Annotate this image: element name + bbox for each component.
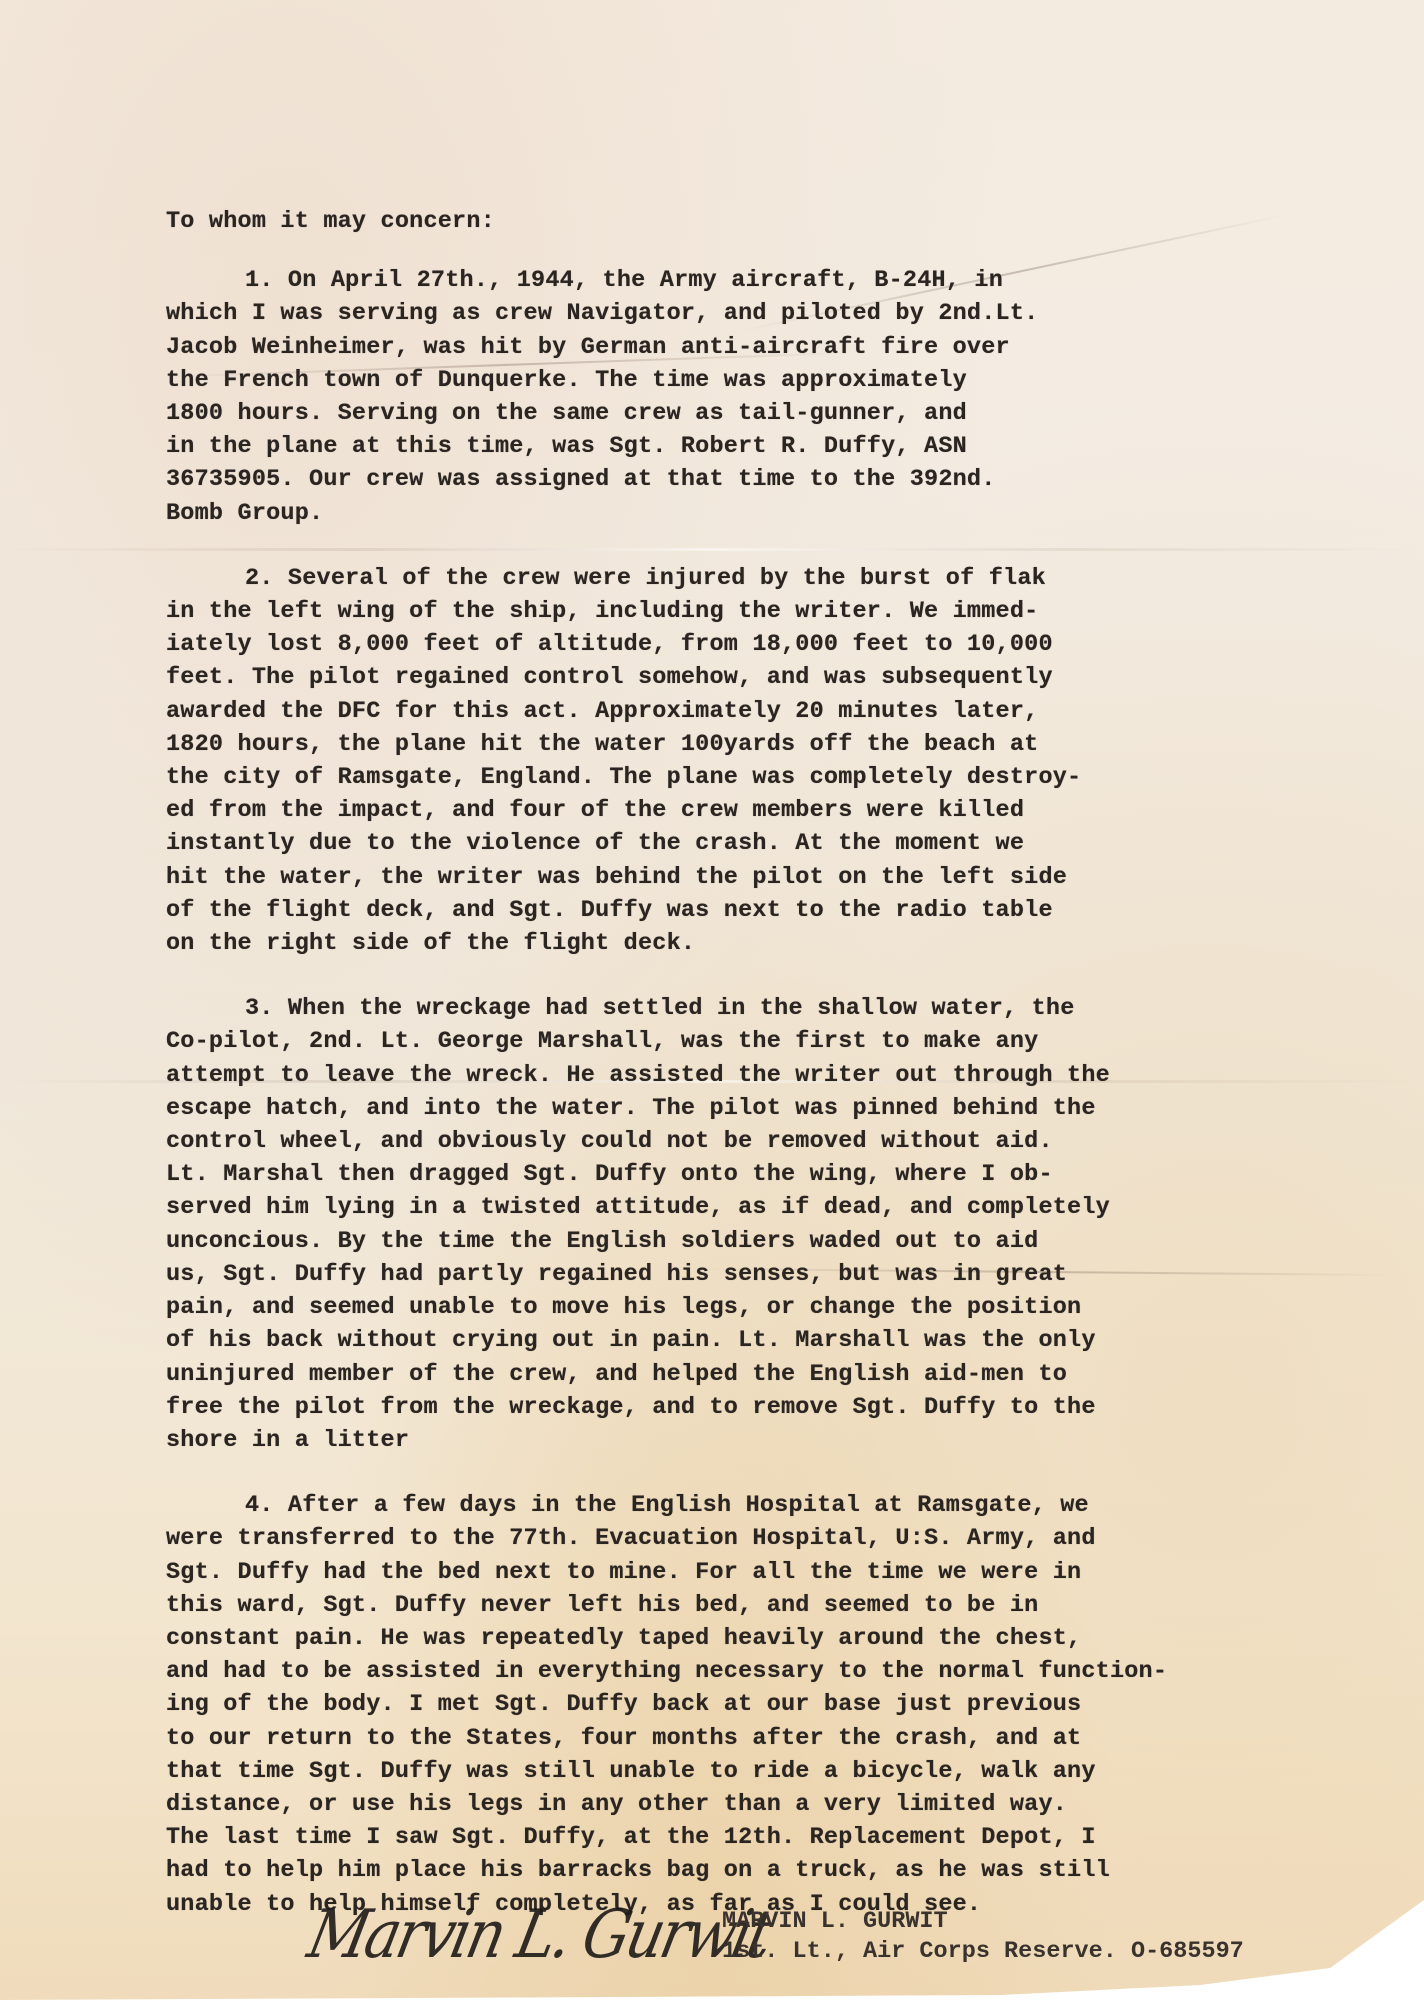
text-line: Jacob Weinheimer, was hit by German anti… <box>166 331 1306 364</box>
text-line: 1820 hours, the plane hit the water 100y… <box>166 728 1306 761</box>
text-line: of his back without crying out in pain. … <box>166 1324 1306 1357</box>
text-line: Bomb Group. <box>166 497 1306 530</box>
text-line: served him lying in a twisted attitude, … <box>166 1191 1306 1224</box>
text-line: ing of the body. I met Sgt. Duffy back a… <box>166 1688 1306 1721</box>
text-line: feet. The pilot regained control somehow… <box>166 661 1306 694</box>
text-line: 4. After a few days in the English Hospi… <box>166 1489 1306 1522</box>
text-line: ed from the impact, and four of the crew… <box>166 794 1306 827</box>
text-line: shore in a litter <box>166 1424 1306 1457</box>
text-line: control wheel, and obviously could not b… <box>166 1125 1306 1158</box>
text-line: unconcious. By the time the English sold… <box>166 1225 1306 1258</box>
text-line: iately lost 8,000 feet of altitude, from… <box>166 628 1306 661</box>
text-line: 1800 hours. Serving on the same crew as … <box>166 397 1306 430</box>
salutation: To whom it may concern: <box>166 205 1306 238</box>
text-line: 3. When the wreckage had settled in the … <box>166 992 1306 1025</box>
signature-block: Marvin L. Gurwit MARVIN L. GURWIT 1st. L… <box>310 1900 1360 2000</box>
text-line: in the left wing of the ship, including … <box>166 595 1306 628</box>
text-line: of the flight deck, and Sgt. Duffy was n… <box>166 894 1306 927</box>
handwritten-signature: Marvin L. Gurwit <box>302 1895 778 1973</box>
text-line: Co-pilot, 2nd. Lt. George Marshall, was … <box>166 1025 1306 1058</box>
text-line: 2. Several of the crew were injured by t… <box>166 562 1306 595</box>
text-line: The last time I saw Sgt. Duffy, at the 1… <box>166 1821 1306 1854</box>
paragraph-1: 1. On April 27th., 1944, the Army aircra… <box>166 264 1306 530</box>
text-line: escape hatch, and into the water. The pi… <box>166 1092 1306 1125</box>
paragraph-4: 4. After a few days in the English Hospi… <box>166 1489 1306 1921</box>
text-line: which I was serving as crew Navigator, a… <box>166 297 1306 330</box>
text-line: 1. On April 27th., 1944, the Army aircra… <box>166 264 1306 297</box>
text-line: Sgt. Duffy had the bed next to mine. For… <box>166 1556 1306 1589</box>
text-line: this ward, Sgt. Duffy never left his bed… <box>166 1589 1306 1622</box>
text-line: on the right side of the flight deck. <box>166 927 1306 960</box>
text-line: were transferred to the 77th. Evacuation… <box>166 1522 1306 1555</box>
text-line: Lt. Marshal then dragged Sgt. Duffy onto… <box>166 1158 1306 1191</box>
paragraph-2: 2. Several of the crew were injured by t… <box>166 562 1306 960</box>
text-line: free the pilot from the wreckage, and to… <box>166 1391 1306 1424</box>
text-line: awarded the DFC for this act. Approximat… <box>166 695 1306 728</box>
text-line: uninjured member of the crew, and helped… <box>166 1358 1306 1391</box>
text-line: 36735905. Our crew was assigned at that … <box>166 463 1306 496</box>
text-line: and had to be assisted in everything nec… <box>166 1655 1306 1688</box>
letter-body: To whom it may concern: 1. On April 27th… <box>166 205 1306 1953</box>
text-line: had to help him place his barracks bag o… <box>166 1854 1306 1887</box>
text-line: in the plane at this time, was Sgt. Robe… <box>166 430 1306 463</box>
text-line: that time Sgt. Duffy was still unable to… <box>166 1755 1306 1788</box>
paragraph-3: 3. When the wreckage had settled in the … <box>166 992 1306 1457</box>
text-line: instantly due to the violence of the cra… <box>166 827 1306 860</box>
text-line: distance, or use his legs in any other t… <box>166 1788 1306 1821</box>
text-line: attempt to leave the wreck. He assisted … <box>166 1059 1306 1092</box>
text-line: hit the water, the writer was behind the… <box>166 861 1306 894</box>
text-line: us, Sgt. Duffy had partly regained his s… <box>166 1258 1306 1291</box>
text-line: the French town of Dunquerke. The time w… <box>166 364 1306 397</box>
text-line: constant pain. He was repeatedly taped h… <box>166 1622 1306 1655</box>
typed-signer-rank: 1st. Lt., Air Corps Reserve. O-685597 <box>722 1938 1244 1965</box>
typed-signer-name: MARVIN L. GURWIT <box>722 1908 948 1935</box>
text-line: the city of Ramsgate, England. The plane… <box>166 761 1306 794</box>
text-line: pain, and seemed unable to move his legs… <box>166 1291 1306 1324</box>
text-line: to our return to the States, four months… <box>166 1722 1306 1755</box>
